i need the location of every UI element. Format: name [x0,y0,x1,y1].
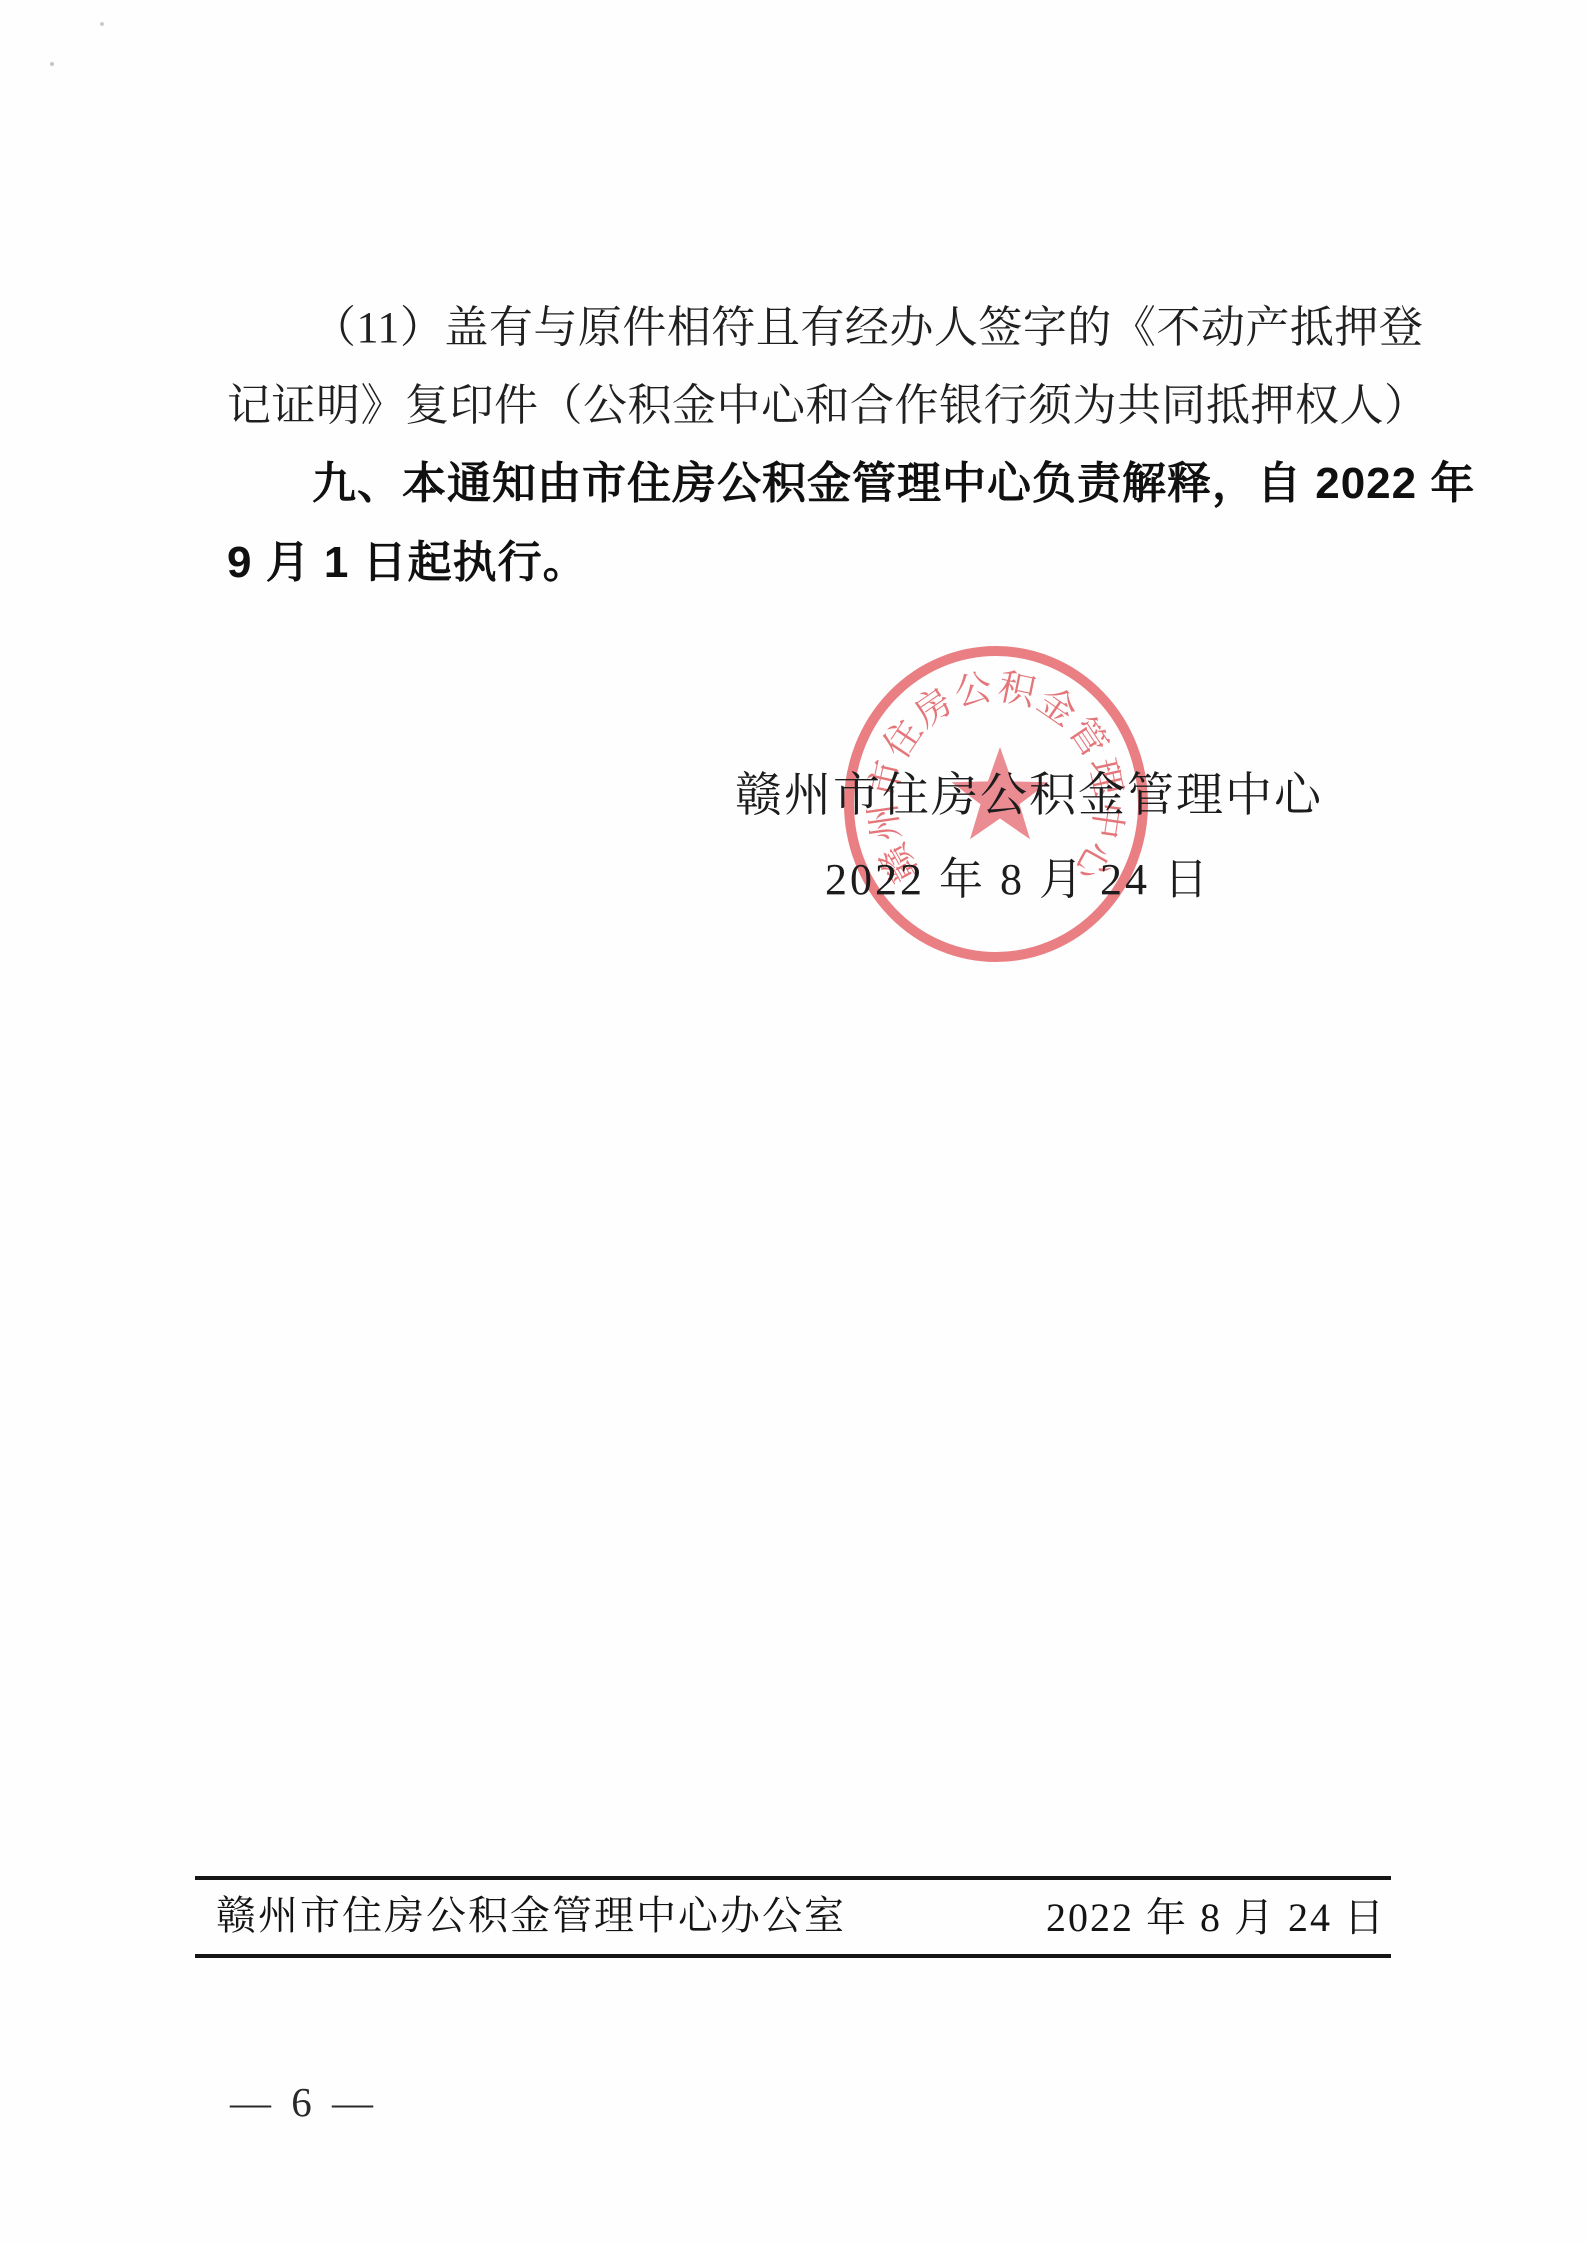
paragraph-11-line-2: 记证明》复印件（公积金中心和合作银行须为共同抵押权人） [227,384,1429,428]
paragraph-11-line-1: （11）盖有与原件相符且有经办人签字的《不动产抵押登 [312,306,1423,350]
paragraph-9-line-2: 9 月 1 日起执行。 [227,541,588,585]
footer-bottom-rule [195,1954,1391,1958]
footer-office-name: 赣州市住房公积金管理中心办公室 [216,1896,846,1936]
scan-speck [100,22,104,26]
scan-speck [50,62,54,66]
page-number: — 6 — [230,2082,378,2123]
signature-organization: 赣州市住房公积金管理中心 [735,773,1323,820]
paragraph-9-line-1: 九、本通知由市住房公积金管理中心负责解释，自 2022 年 [312,462,1475,506]
footer-print-date: 2022 年 8 月 24 日 [1046,1898,1386,1938]
footer-top-rule [195,1876,1391,1880]
document-page: （11）盖有与原件相符且有经办人签字的《不动产抵押登 记证明》复印件（公积金中心… [0,0,1586,2242]
signature-date: 2022 年 8 月 24 日 [825,858,1211,902]
